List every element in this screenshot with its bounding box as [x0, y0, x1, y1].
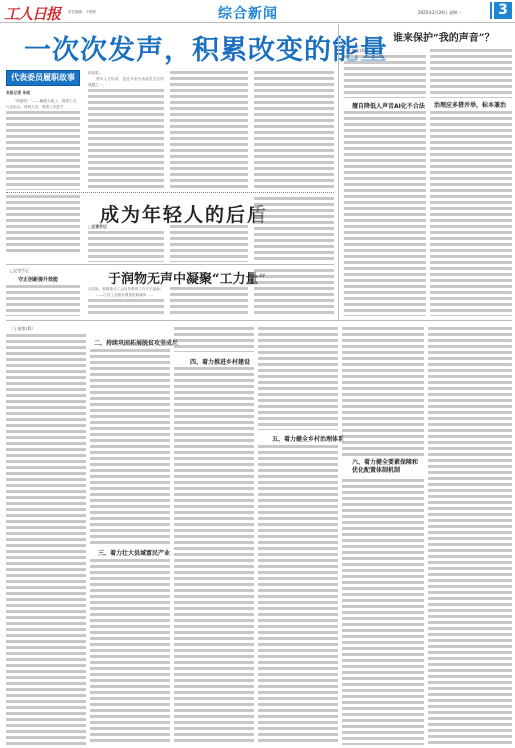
doc-col-3a [174, 326, 254, 352]
sidebar-col-1a [344, 54, 426, 98]
editor-line: 责任编辑：于国家 [68, 10, 96, 15]
text-lines [344, 54, 426, 98]
text-lines [254, 70, 334, 190]
article3-col-4 [254, 268, 334, 316]
lead-col-3 [170, 70, 248, 190]
doc-section-4: 四、着力推进乡村建设 [190, 357, 250, 366]
issue-date: 2025年2月24日 星期一 [418, 10, 461, 16]
column-tag: 代表委员履职故事 [6, 70, 80, 86]
lead-col-1: “奔跑吧！”——触碰大船上，看眼工区、行业标兵、科研人员，看着工作进升 [6, 98, 80, 190]
doc-col-2b [90, 558, 170, 745]
text-lines [258, 444, 338, 745]
doc-col-1 [6, 333, 86, 745]
lead-col-2: 和成果。 青年人才培育，是近年来代表委员关注的课题之一。 [88, 70, 164, 190]
text-lines [90, 558, 170, 745]
sidebar-col-1b [344, 110, 426, 316]
section-title: 综合新闻 [218, 3, 278, 23]
text-lines [90, 348, 170, 544]
text-lines [254, 268, 334, 316]
doc-col-2a [90, 348, 170, 544]
sidebar-subhead-1: 擅自降低人声音AI化不合法 [352, 101, 425, 110]
lead-headline: 一次次发声，积累改变的能量 [24, 28, 334, 67]
text-lines [428, 326, 512, 745]
text-lines [344, 110, 426, 316]
text-lines [174, 366, 254, 745]
article3-col-3 [170, 286, 248, 316]
doc-byline: （上接第1版） [10, 326, 35, 332]
doc-byline-top: □记者手记 [10, 268, 29, 274]
text-lines [170, 70, 248, 190]
lead-col-4 [254, 70, 334, 190]
doc-col-5a [342, 326, 424, 456]
article3-col-1 [6, 284, 80, 316]
sidebar-col-2a [430, 48, 512, 98]
text-lines [258, 326, 338, 430]
text-lines [88, 88, 164, 190]
sub-label: 守正创新提升效能 [18, 276, 58, 283]
dotted-separator [6, 192, 334, 193]
article3-col-2: 合实际，积极推动工会宣传教育工作守正创新。 ——江苏工会服务网提供新媒体…… [88, 286, 164, 316]
doc-section-3: 三、着力壮大县域富民产业 [98, 548, 170, 557]
doc-col-3b [174, 366, 254, 745]
text-lines [254, 196, 334, 262]
text-lines [6, 284, 80, 316]
text-lines [430, 110, 512, 316]
newspaper-logo: 工人日报 [4, 3, 60, 24]
lead-byline: 本报记者 朱轼 [6, 90, 30, 96]
article2-col-1 [88, 230, 164, 262]
doc-col-6 [428, 326, 512, 745]
article2-col-3 [254, 196, 334, 262]
doc-col-4b [258, 444, 338, 745]
article3-title: 于润物无声中凝聚“工力量” [108, 268, 266, 287]
text-lines [170, 286, 248, 316]
text-lines [88, 230, 164, 262]
text-lines [170, 224, 248, 262]
column-divider [338, 24, 339, 320]
doc-section-2: 二、持续巩固拓展脱贫攻坚成果 [94, 338, 178, 347]
text-lines [342, 478, 424, 745]
text-lines [6, 110, 80, 190]
lead-col-1-cont [6, 194, 80, 252]
text-lines [6, 194, 80, 252]
doc-section-6: 六、着力健全要素保障和优化配置体制机制 [352, 459, 422, 475]
text-lines [6, 333, 86, 745]
sidebar-title: 谁来保护“我的声音”？ [393, 29, 495, 44]
sidebar-col-2b [430, 110, 512, 316]
page-number-badge: 3 [494, 2, 512, 19]
lead-first-sentence: “奔跑吧！”——触碰大船上，看眼工区、行业标兵、科研人员，看着工作进升 [6, 98, 80, 110]
article2-title: 成为年轻人的后盾 [100, 200, 268, 227]
doc-section-5: 五、着力健全乡村治理体系 [272, 434, 344, 443]
sidebar-subhead-2: 治理应多措并举，标本兼治 [434, 100, 506, 109]
masthead: 工人日报 责任编辑：于国家 综合新闻 2025年2月24日 星期一 3 [0, 0, 515, 23]
doc-col-4a [258, 326, 338, 430]
text-lines [430, 48, 512, 98]
divider-rule [6, 264, 334, 265]
text-lines [342, 326, 424, 456]
lead-col2-para: 青年人才培育，是近年来代表委员关注的课题之一。 [88, 76, 164, 88]
text-lines [88, 298, 164, 316]
doc-col-5b [342, 478, 424, 745]
text-lines [174, 326, 254, 352]
divider-rule-main [6, 320, 512, 321]
doc-col-2-top [90, 326, 170, 328]
article2-col-2 [170, 224, 248, 262]
